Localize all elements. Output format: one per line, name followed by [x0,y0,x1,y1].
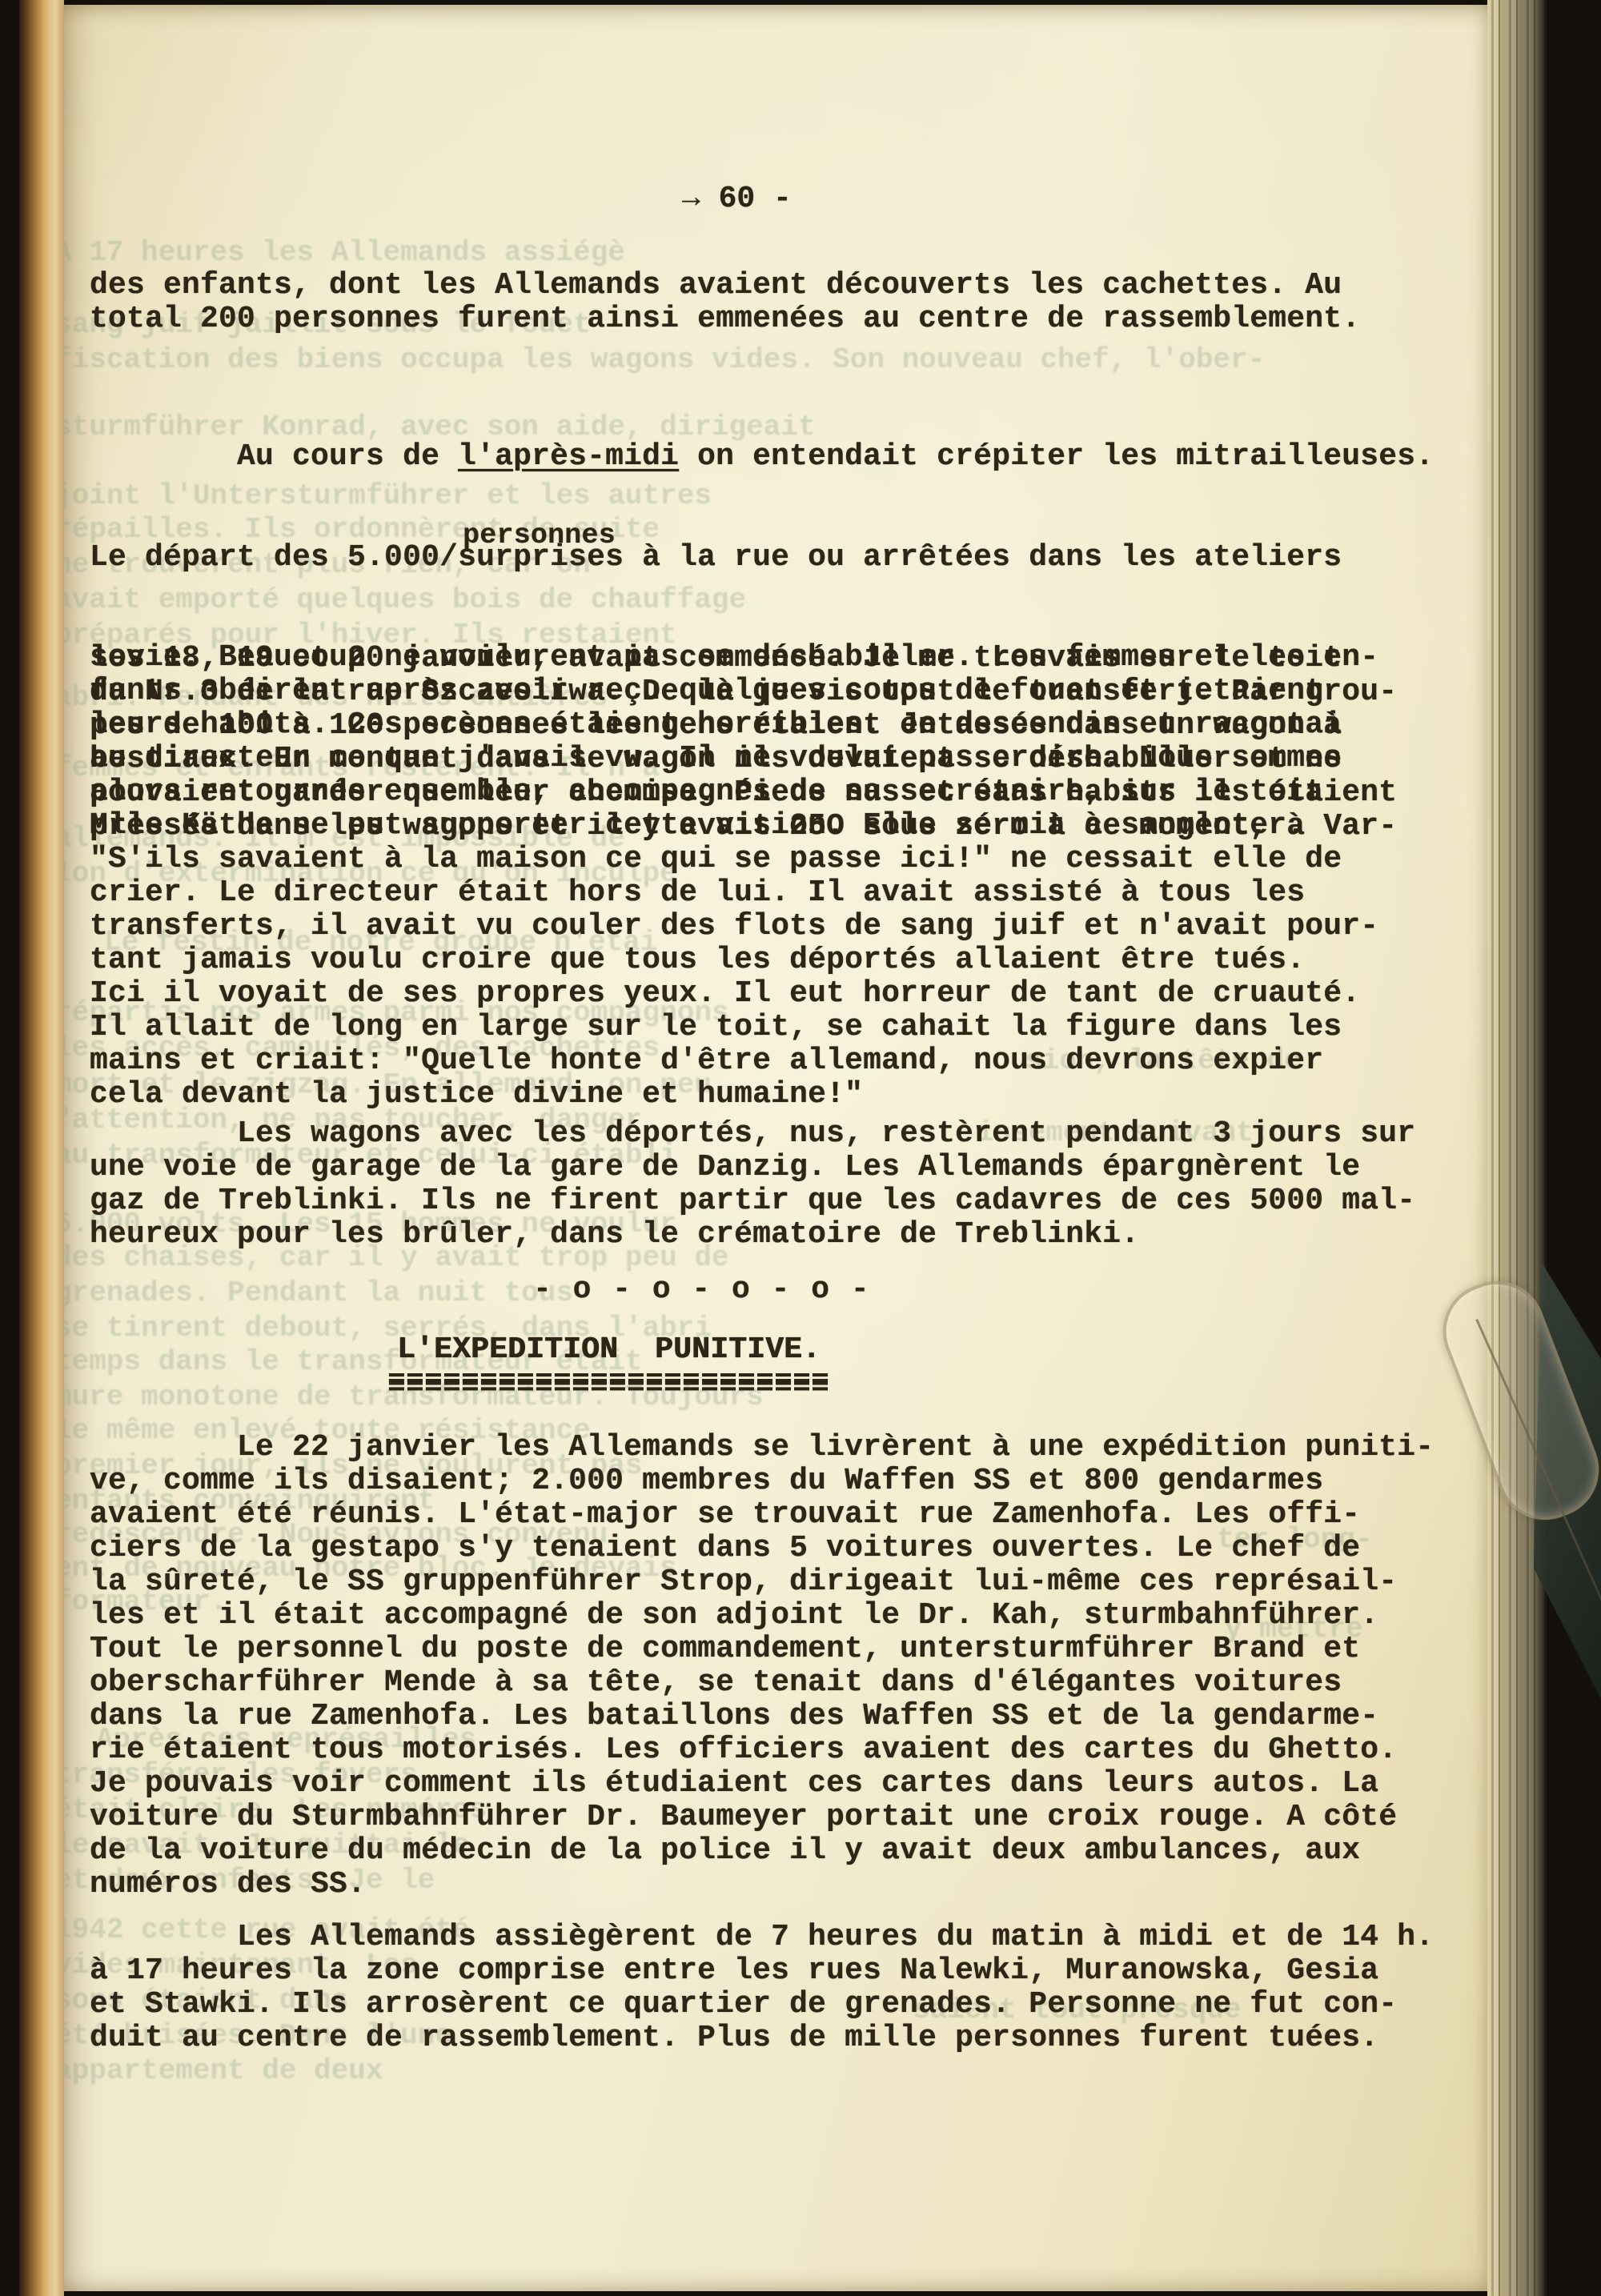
text-line: alors retournés ensemble, accompagnés de… [90,775,1378,809]
text-line: Mlle Käthe ne put supporter cette vision… [90,809,1378,843]
text-line: dans la rue Zamenhofa. Les bataillons de… [90,1700,1434,1733]
text-line: avaient été réunis. L'état-major se trou… [90,1498,1434,1532]
text-line: duit au centre de rassemblement. Plus de… [90,2022,1434,2055]
paragraph-siege: Les Allemands assiègèrent de 7 heures du… [90,1921,1434,2055]
text-line: crier. Le directeur était hors de lui. I… [90,876,1378,910]
book-spine-edge [19,0,64,2296]
bleedthrough-text: appartement de deux [64,2055,383,2087]
text-segment: on entendait crépiter les mitrailleuses. [679,439,1434,474]
text-line: "S'ils savaient à la maison ce qui se pa… [90,843,1378,876]
text-segment: Le départ des 5.000/ [90,540,458,575]
text-line: fants obéirent après avoir reçu quelques… [90,675,1378,708]
text-line: Je pouvais voir comment ils étudiaient c… [90,1767,1434,1801]
bleedthrough-text: grenades. Pendant la nuit tous [64,1277,573,1309]
text-line: total 200 personnes furent ainsi emmenée… [90,303,1360,336]
paragraph-rooftop-scene: sovie. Beaucoup ne voulurent pas se désh… [90,641,1378,1112]
text-line: sovie. Beaucoup ne voulurent pas se désh… [90,641,1378,675]
text-line: transferts, il avait vu couler des flots… [90,910,1378,944]
text-line: heureux pour les brûler, dans le crémato… [90,1218,1415,1252]
paragraph-expedition: Le 22 janvier les Allemands se livrèrent… [90,1431,1434,1901]
text-line: des enfants, dont les Allemands avaient … [90,269,1360,303]
section-separator: - o - o - o - o - [533,1273,871,1307]
section-heading: L'EXPEDITION PUNITIVE. [397,1333,821,1367]
document-page: A 17 heures les Allemands assiégèsang ju… [64,5,1487,2291]
text-line: Les Allemands assiègèrent de 7 heures du… [90,1921,1434,1954]
paragraph-wagons: Les wagons avec les déportés, nus, restè… [90,1117,1415,1252]
inserted-word: personnes [463,519,616,552]
text-line: Tout le personnel du poste de commandeme… [90,1633,1434,1666]
text-line: Le 22 janvier les Allemands se livrèrent… [90,1431,1434,1465]
text-line: de la voiture du médecin de la police il… [90,1834,1434,1868]
text-line: Il allait de long en large sur le toit, … [90,1011,1378,1044]
bleedthrough-text: A 17 heures les Allemands assiégè [64,237,625,269]
text-line: Le départ des 5.000/personnessurprises à… [90,541,1434,575]
heading-underline: ======================== [387,1365,829,1399]
text-line: au directeur ce que j'avais vu. Il ne vo… [90,742,1378,775]
text-line: les et il était accompagné de son adjoin… [90,1599,1434,1633]
text-line: Au cours de l'après-midi on entendait cr… [90,440,1434,474]
text-line: rie étaient tous motorisés. Les officier… [90,1733,1434,1767]
text-line: gaz de Treblinki. Ils ne firent partir q… [90,1184,1415,1218]
text-line: et Stawki. Ils arrosèrent ce quartier de… [90,1988,1434,2022]
text-line: oberscharführer Mende à sa tête, se tena… [90,1666,1434,1700]
text-line: voiture du Sturmbahnführer Dr. Baumeyer … [90,1801,1434,1834]
insertion-mark-underline: l'après-midi [458,439,679,474]
text-line: mains et criait: "Quelle honte d'être al… [90,1044,1378,1078]
paragraph-continuation: des enfants, dont les Allemands avaient … [90,269,1360,336]
text-line: leurs habits. Ces scènes étaient horribl… [90,708,1378,742]
scanned-document-photo: A 17 heures les Allemands assiégèsang ju… [0,0,1601,2296]
text-line: cela devant la justice divine et humaine… [90,1078,1378,1112]
insertion-point: personnessurprises à la rue ou arrêtées … [458,540,1342,575]
text-line: ve, comme ils disaient; 2.000 membres du… [90,1465,1434,1498]
text-line: tant jamais voulu croire que tous les dé… [90,944,1378,977]
text-line: la sûreté, le SS gruppenführer Strop, di… [90,1565,1434,1599]
text-line: à 17 heures la zone comprise entre les r… [90,1954,1434,1988]
page-stack-edge [1487,0,1548,2296]
bleedthrough-text: fiscation des biens occupa les wagons vi… [64,344,1265,376]
text-line: ciers de la gestapo s'y tenaient dans 5 … [90,1532,1434,1565]
text-line: une voie de garage de la gare de Danzig.… [90,1151,1415,1184]
text-line: numéros des SS. [90,1868,1434,1901]
text-segment: Au cours de [90,439,458,474]
page-number: → 60 - [682,182,792,216]
text-line: Ici il voyait de ses propres yeux. Il eu… [90,977,1378,1011]
text-line: Les wagons avec les déportés, nus, restè… [90,1117,1415,1151]
